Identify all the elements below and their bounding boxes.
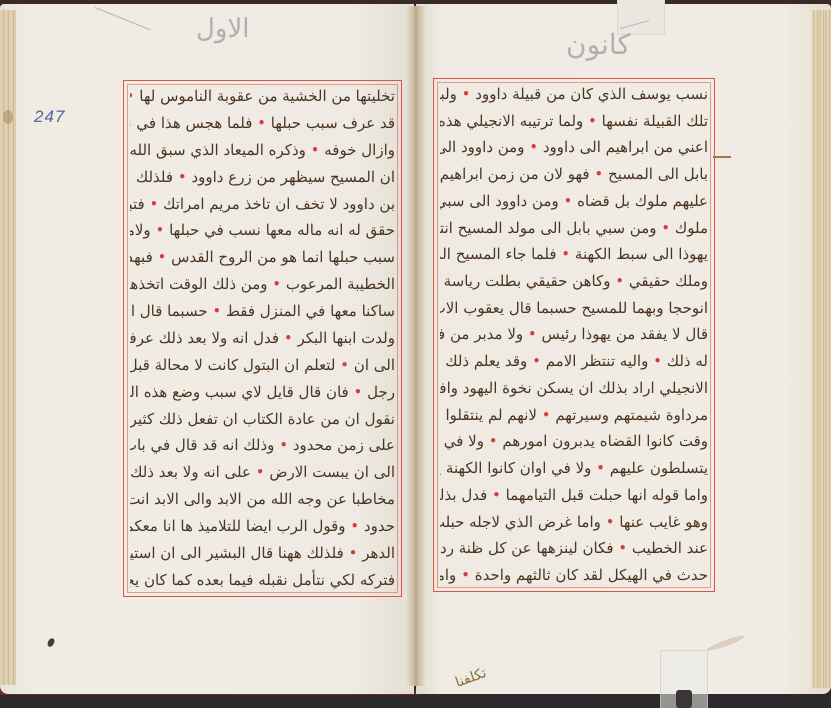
manuscript-line: فتركه لكي نتأمل نقبله فيما بعده كما كان … [130,569,395,592]
margin-ink-stroke [713,156,731,158]
left-text-frame: تخليتها من الخشية من عقوبة الناموس لها •… [123,80,402,597]
rubric-mark: • [618,539,627,557]
manuscript-line: على زمن محدود • وذلك انه قد قال في باب ا… [130,434,395,457]
rubric-mark: • [561,245,570,263]
manuscript-line: الى ان • لتعلم ان البتول كانت لا محالة ق… [130,354,395,377]
manuscript-photo: الاول كانون 247 تخليتها من الخشية من عقو… [0,0,831,708]
folio-number: 247 [34,107,65,127]
manuscript-line: عليهم ملوك بل قضاه • ومن داوود الى سبي ب… [440,190,708,213]
rubric-mark: • [542,406,551,424]
manuscript-line: يتسلطون عليهم • ولا في اوان كانوا الكهنة… [440,457,708,480]
manuscript-line: انوحجا وبهما للمسيح حسبما قال يعقوب الاب… [440,297,708,320]
rubric-mark: • [256,463,265,481]
rubric-mark: • [212,302,221,320]
manuscript-line: رجل • فان قال قايل لاي سبب وضع هذه اللفظ… [130,381,395,404]
manuscript-line: مخاطبا عن وجه الله من الابد والى الابد ا… [130,488,395,511]
manuscript-line: وقت كانوا القضاه يدبرون امورهم • ولا في … [440,430,708,453]
pencil-line [95,7,151,30]
manuscript-line: نسب يوسف الذي كان من قبيلة داوود • ولبيا… [440,83,708,106]
right-text-frame: نسب يوسف الذي كان من قبيلة داوود • ولبيا… [433,78,715,592]
rubric-mark: • [272,275,281,293]
manuscript-line: نقول ان من عادة الكتاب ان تفعل ذلك كثيرا… [130,408,395,431]
rubric-mark: • [532,352,541,370]
rubric-mark: • [257,114,266,132]
edge-stain [3,110,13,124]
rubric-mark: • [340,356,349,374]
manuscript-line: ولدت ابنها البكر • فدل انه ولا بعد ذلك ع… [130,327,395,350]
manuscript-line: تخليتها من الخشية من عقوبة الناموس لها •… [130,85,395,108]
manuscript-line: تلك القبيلة نفسها • ولما ترتيبه الانجيلي… [440,110,708,133]
rubric-mark: • [284,329,293,347]
manuscript-line: بابل الى المسيح • فهو لان من زمن ابراهيم… [440,163,708,186]
manuscript-line: حقق له انه ماله معها نسب في حبلها • ولام… [130,219,395,242]
manuscript-line: وازال خوفه • وذكره الميعاد الذي سبق الله… [130,139,395,162]
rubric-mark: • [353,383,362,401]
manuscript-line: الدهر • فلذلك ههنا قال البشير الى ان است… [130,542,395,565]
rubric-mark: • [489,432,498,450]
manuscript-line: سبب حبلها انما هو من الروح القدس • فبهذا… [130,246,395,269]
manuscript-line: الانجيلي اراد بذلك ان يسكن نخوة اليهود و… [440,377,708,400]
rubric-mark: • [149,195,158,213]
left-header-pencil-note: الاول [196,14,250,44]
manuscript-line: حدود • وقول الرب ايضا للتلاميذ ها انا مع… [130,515,395,538]
rubric-mark: • [653,352,662,370]
manuscript-line: ان المسيح سيظهر من زرع داوود • فلذلك قال… [130,166,395,189]
rubric-mark: • [350,517,359,535]
rubric-mark: • [155,221,164,239]
manuscript-line: عند الخطيب • فكان لينزهها عن كل ظنة رديه… [440,537,708,560]
rubric-mark: • [594,165,603,183]
page-edges-right [812,10,831,688]
manuscript-line: قد عرف سبب حبلها • فلما هجس هذا في نفسه … [130,112,395,135]
rubric-mark: • [528,325,537,343]
rubric-mark: • [461,566,470,584]
manuscript-line: مرداوة شيمتهم وسيرتهم • لانهم لم ينتقلوا… [440,404,708,427]
rubric-mark: • [311,141,320,159]
manuscript-line: قال لا يفقد من يهوذا رئيس • ولا مدبر من … [440,323,708,346]
manuscript-line: وملك حقيقي • وكاهن حقيقي بطلت رياسة اولئ… [440,270,708,293]
rubric-mark: • [563,192,572,210]
manuscript-line: الى ان يبست الارض • على انه ولا بعد ذلك … [130,461,395,484]
manuscript-line: حدث في الهيكل لقد كان ثالثهم واحدة • وام… [440,564,708,587]
manuscript-line: له ذلك • واليه تنتظر الامم • وقد يعلم ذل… [440,350,708,373]
right-text-block: نسب يوسف الذي كان من قبيلة داوود • ولبيا… [440,83,708,587]
manuscript-line: يهوذا الى سبط الكهنة • فلما جاء المسيح ا… [440,243,708,266]
manuscript-line: الخطيبة المرعوب • ومن ذلك الوقت اتخذها ي… [130,273,395,296]
left-text-block: تخليتها من الخشية من عقوبة الناموس لها •… [130,85,395,592]
manuscript-line: ملوك • ومن سبي بابل الى مولد المسيح انتق… [440,217,708,240]
manuscript-line: بن داوود لا تخف ان تاخذ مريم امراتك • فت… [130,193,395,216]
rubric-mark: • [178,168,187,186]
manuscript-line: اعني من ابراهيم الى داوود • ومن داوود ال… [440,136,708,159]
rubric-mark: • [130,87,134,105]
rubric-mark: • [588,112,597,130]
rubric-mark: • [492,486,501,504]
rubric-mark: • [349,544,358,562]
rubric-mark: • [661,219,670,237]
rubric-mark: • [158,248,167,266]
rubric-mark: • [596,459,605,477]
rubric-mark: • [606,513,615,531]
book-gutter [407,6,425,686]
manuscript-line: واما قوله انها حبلت قبل التيامهما • فدل … [440,484,708,507]
manuscript-line: وهو غايب عنها • واما غرض الذي لاجله حبلت… [440,511,708,534]
rubric-mark: • [529,138,538,156]
rubric-mark: • [615,272,624,290]
rubric-mark: • [279,436,288,454]
rubric-mark: • [462,85,471,103]
manuscript-line: ساكنا معها في المنزل فقط • حسبما قال الا… [130,300,395,323]
right-header-pencil-note: كانون [566,28,631,61]
page-weight-clip [676,690,692,708]
